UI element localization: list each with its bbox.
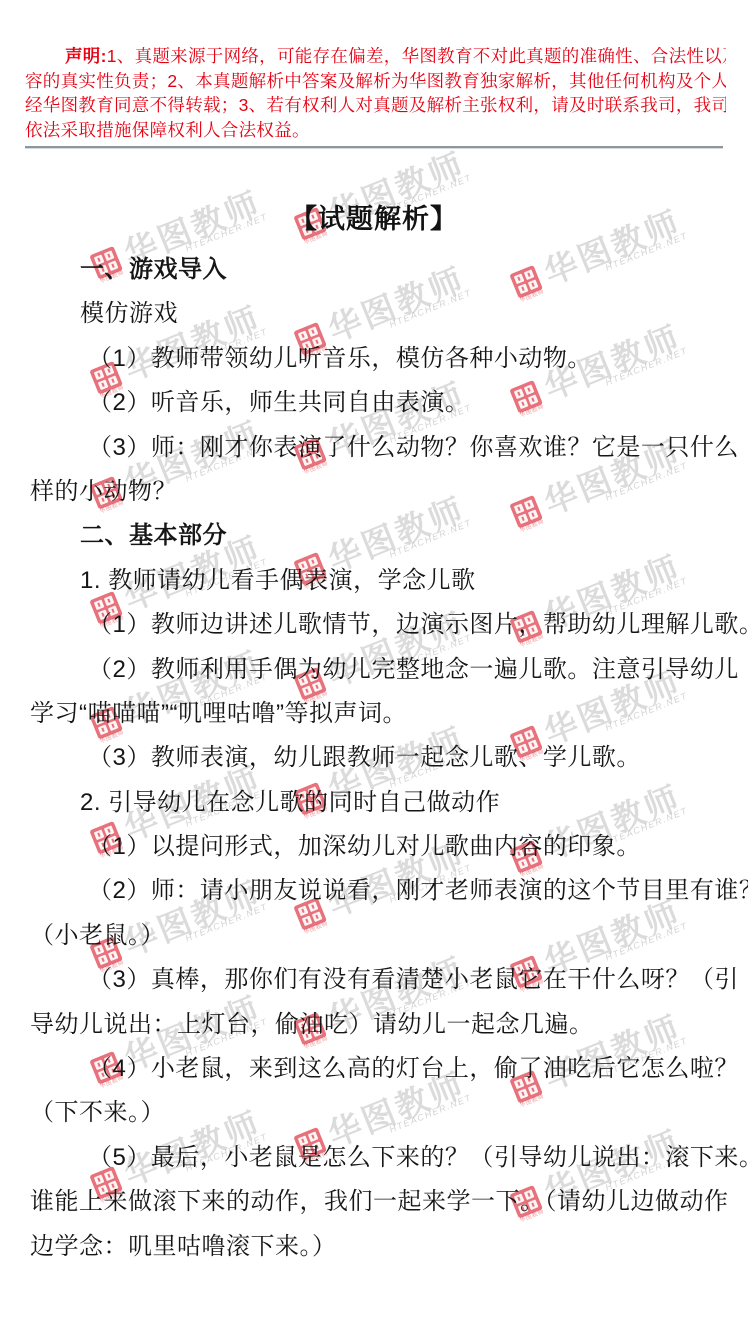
disclaimer-line: 经华图教育同意不得转载；3、若有权利人对真题及解析主张权利，请及时联系我司，我司… (25, 93, 726, 118)
body-line: （3）师：刚才你表演了什么动物？你喜欢谁？它是一只什么 (28, 426, 748, 470)
body-line: （2）师：请小朋友说说看，刚才老师表演的这个节目里有谁？ (28, 869, 748, 913)
section-heading: 二、基本部分 (28, 514, 748, 558)
body-line: 边学念：叽里咕噜滚下来。） (28, 1225, 748, 1269)
section-heading: 一、游戏导入 (28, 248, 748, 292)
body-line: 谁能上来做滚下来的动作，我们一起来学一下。（请幼儿边做动作 (28, 1180, 748, 1224)
document-body: 一、游戏导入模仿游戏（1）教师带领幼儿听音乐，模仿各种小动物。（2）听音乐，师生… (28, 248, 748, 1269)
body-line: （1）以提问形式，加深幼儿对儿歌曲内容的印象。 (28, 825, 748, 869)
body-line: （2）教师利用手偶为幼儿完整地念一遍儿歌。注意引导幼儿 (28, 648, 748, 692)
disclaimer-label: 声明: (65, 46, 107, 66)
body-line: （小老鼠。） (28, 914, 748, 958)
disclaimer-line-text: 1、真题来源于网络，可能存在偏差，华图教育不对此真题的准确性、合法性以及内 (107, 46, 726, 66)
body-line: 导幼儿说出：上灯台，偷油吃）请幼儿一起念几遍。 (28, 1003, 748, 1047)
disclaimer-line: 容的真实性负责；2、本真题解析中答案及解析为华图教育独家解析，其他任何机构及个人… (25, 69, 726, 94)
disclaimer-line: 声明:1、真题来源于网络，可能存在偏差，华图教育不对此真题的准确性、合法性以及内 (25, 44, 726, 69)
body-line: （4）小老鼠，来到这么高的灯台上，偷了油吃后它怎么啦？ (28, 1047, 748, 1091)
body-line: 2. 引导幼儿在念儿歌的同时自己做动作 (28, 781, 748, 825)
body-line: 模仿游戏 (28, 292, 748, 336)
disclaimer-line: 依法采取措施保障权利人合法权益。 (25, 118, 726, 143)
body-line: 1. 教师请幼儿看手偶表演，学念儿歌 (28, 559, 748, 603)
document-page: 华图教师华图教师HTEACHER.NET华图教师华图教师HTEACHER.NET… (0, 0, 748, 1335)
body-line: （5）最后，小老鼠是怎么下来的？（引导幼儿说出：滚下来。） (28, 1136, 748, 1180)
disclaimer: 声明:1、真题来源于网络，可能存在偏差，华图教育不对此真题的准确性、合法性以及内… (25, 44, 726, 143)
body-line: （下不来。） (28, 1091, 748, 1135)
document-content: 声明:1、真题来源于网络，可能存在偏差，华图教育不对此真题的准确性、合法性以及内… (0, 0, 748, 1335)
page-title: 【试题解析】 (0, 197, 748, 236)
divider (25, 146, 723, 149)
body-line: （2）听音乐，师生共同自由表演。 (28, 381, 748, 425)
body-line: （1）教师带领幼儿听音乐，模仿各种小动物。 (28, 337, 748, 381)
body-line: 学习“喵喵喵”“叽哩咕噜”等拟声词。 (28, 692, 748, 736)
body-line: 样的小动物？ (28, 470, 748, 514)
body-line: （1）教师边讲述儿歌情节，边演示图片，帮助幼儿理解儿歌。 (28, 603, 748, 647)
body-line: （3）教师表演，幼儿跟教师一起念儿歌、学儿歌。 (28, 736, 748, 780)
body-line: （3）真棒，那你们有没有看清楚小老鼠它在干什么呀？（引 (28, 958, 748, 1002)
